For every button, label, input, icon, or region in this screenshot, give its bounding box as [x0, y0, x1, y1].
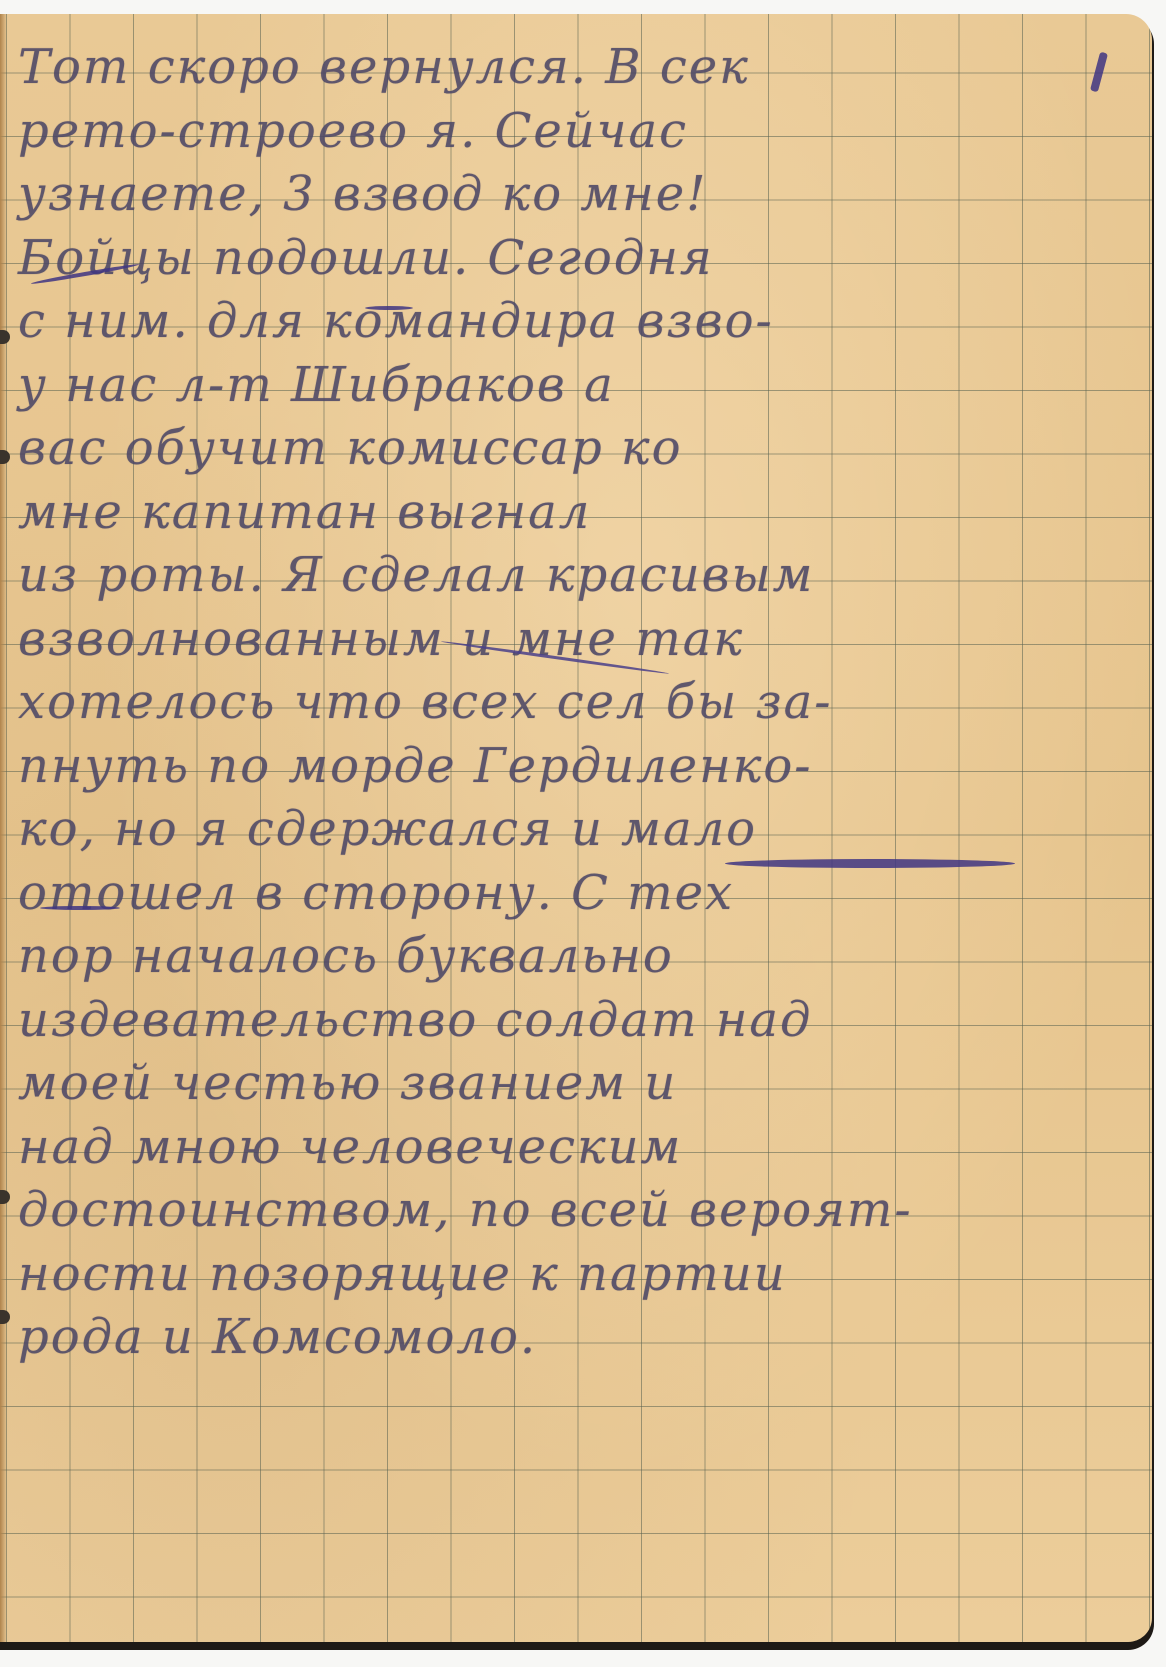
text-line: ко, но я сдержался и мало — [18, 798, 1128, 862]
text-line: вас обучит комиссар ко — [18, 417, 1128, 481]
text-line: ности позорящие к партии — [18, 1243, 1128, 1307]
handwritten-text: Тот скоро вернулся. В сек рето-строево я… — [18, 36, 1128, 1370]
text-line: с ним. для командира взво- — [18, 290, 1128, 354]
notebook-page: Тот скоро вернулся. В сек рето-строево я… — [0, 14, 1152, 1642]
text-line: над мною человеческим — [18, 1116, 1128, 1180]
text-line: отошел в сторону. С тех — [18, 862, 1128, 926]
text-line: пнуть по морде Гердиленко- — [18, 735, 1128, 799]
text-line: Бойцы подошли. Сегодня — [18, 227, 1128, 291]
ink-underline — [365, 306, 413, 310]
page-spine-edge — [0, 14, 7, 1642]
ink-underline — [725, 859, 1015, 868]
text-line: моей честью званием и — [18, 1052, 1128, 1116]
text-line: пор началось буквально — [18, 925, 1128, 989]
text-line: мне капитан выгнал — [18, 481, 1128, 545]
text-line: Тот скоро вернулся. В сек — [18, 36, 1128, 100]
text-line: из роты. Я сделал красивым — [18, 544, 1128, 608]
ink-underline — [40, 906, 120, 910]
text-line: рода и Комсомоло. — [18, 1306, 1128, 1370]
text-line: узнаете, 3 взвод ко мне! — [18, 163, 1128, 227]
text-line: у нас л-т Шибраков а — [18, 354, 1128, 418]
text-line: достоинством, по всей вероят- — [18, 1179, 1128, 1243]
text-line: рето-строево я. Сейчас — [18, 100, 1128, 164]
text-line: хотелось что всех сел бы за- — [18, 671, 1128, 735]
text-line: издевательство солдат над — [18, 989, 1128, 1053]
